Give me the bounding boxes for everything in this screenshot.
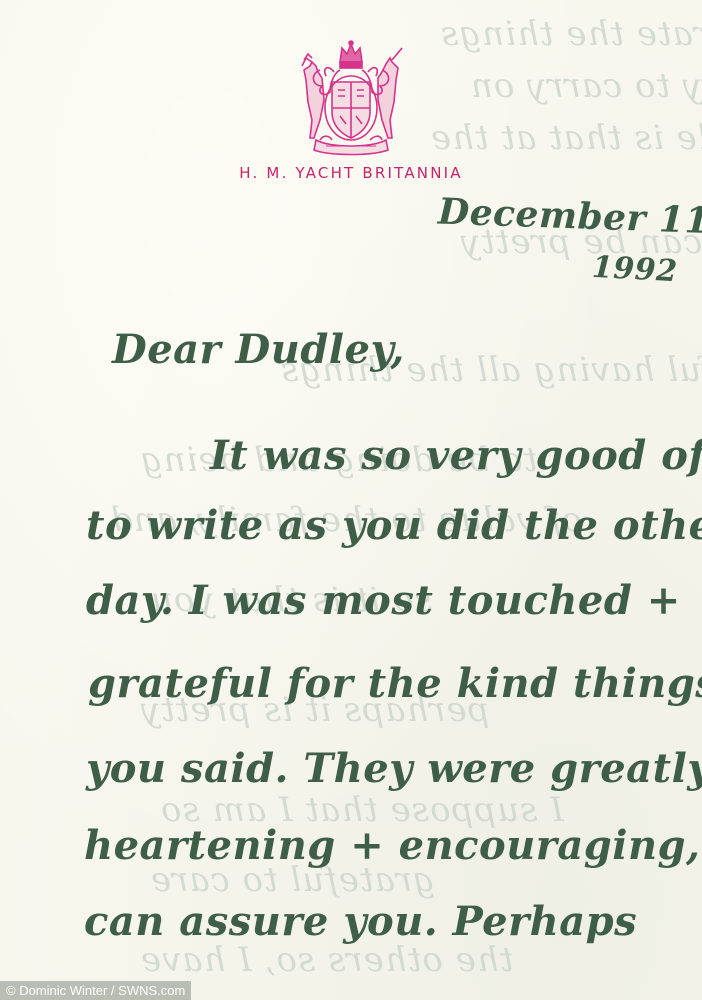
letter-salutation: Dear Dudley,	[112, 326, 405, 373]
royal-crest-icon	[290, 40, 412, 158]
letter-line: grateful for the kind things	[88, 660, 702, 707]
photo-credit: © Dominic Winter / SWNS.com	[0, 981, 191, 1000]
letter-line: day. I was most touched +	[86, 577, 681, 624]
show-through-line: The trouble is that at the	[430, 118, 702, 158]
show-through-line: the others so, I have	[140, 940, 513, 980]
letter-year: 1992	[591, 250, 678, 289]
letter-line: to write as you did the other	[86, 502, 702, 549]
letterhead-title: H. M. YACHT BRITANNIA	[0, 164, 702, 182]
letter-line: heartening + encouraging, I	[84, 822, 702, 869]
letter-line: you said. They were greatly	[86, 745, 702, 792]
letter-line: It was so very good of you	[210, 432, 702, 479]
letter-line: can assure you. Perhaps	[84, 898, 637, 945]
show-through-line: they will evaporate the things	[440, 14, 702, 54]
show-through-line: I try to carry on	[470, 66, 702, 106]
